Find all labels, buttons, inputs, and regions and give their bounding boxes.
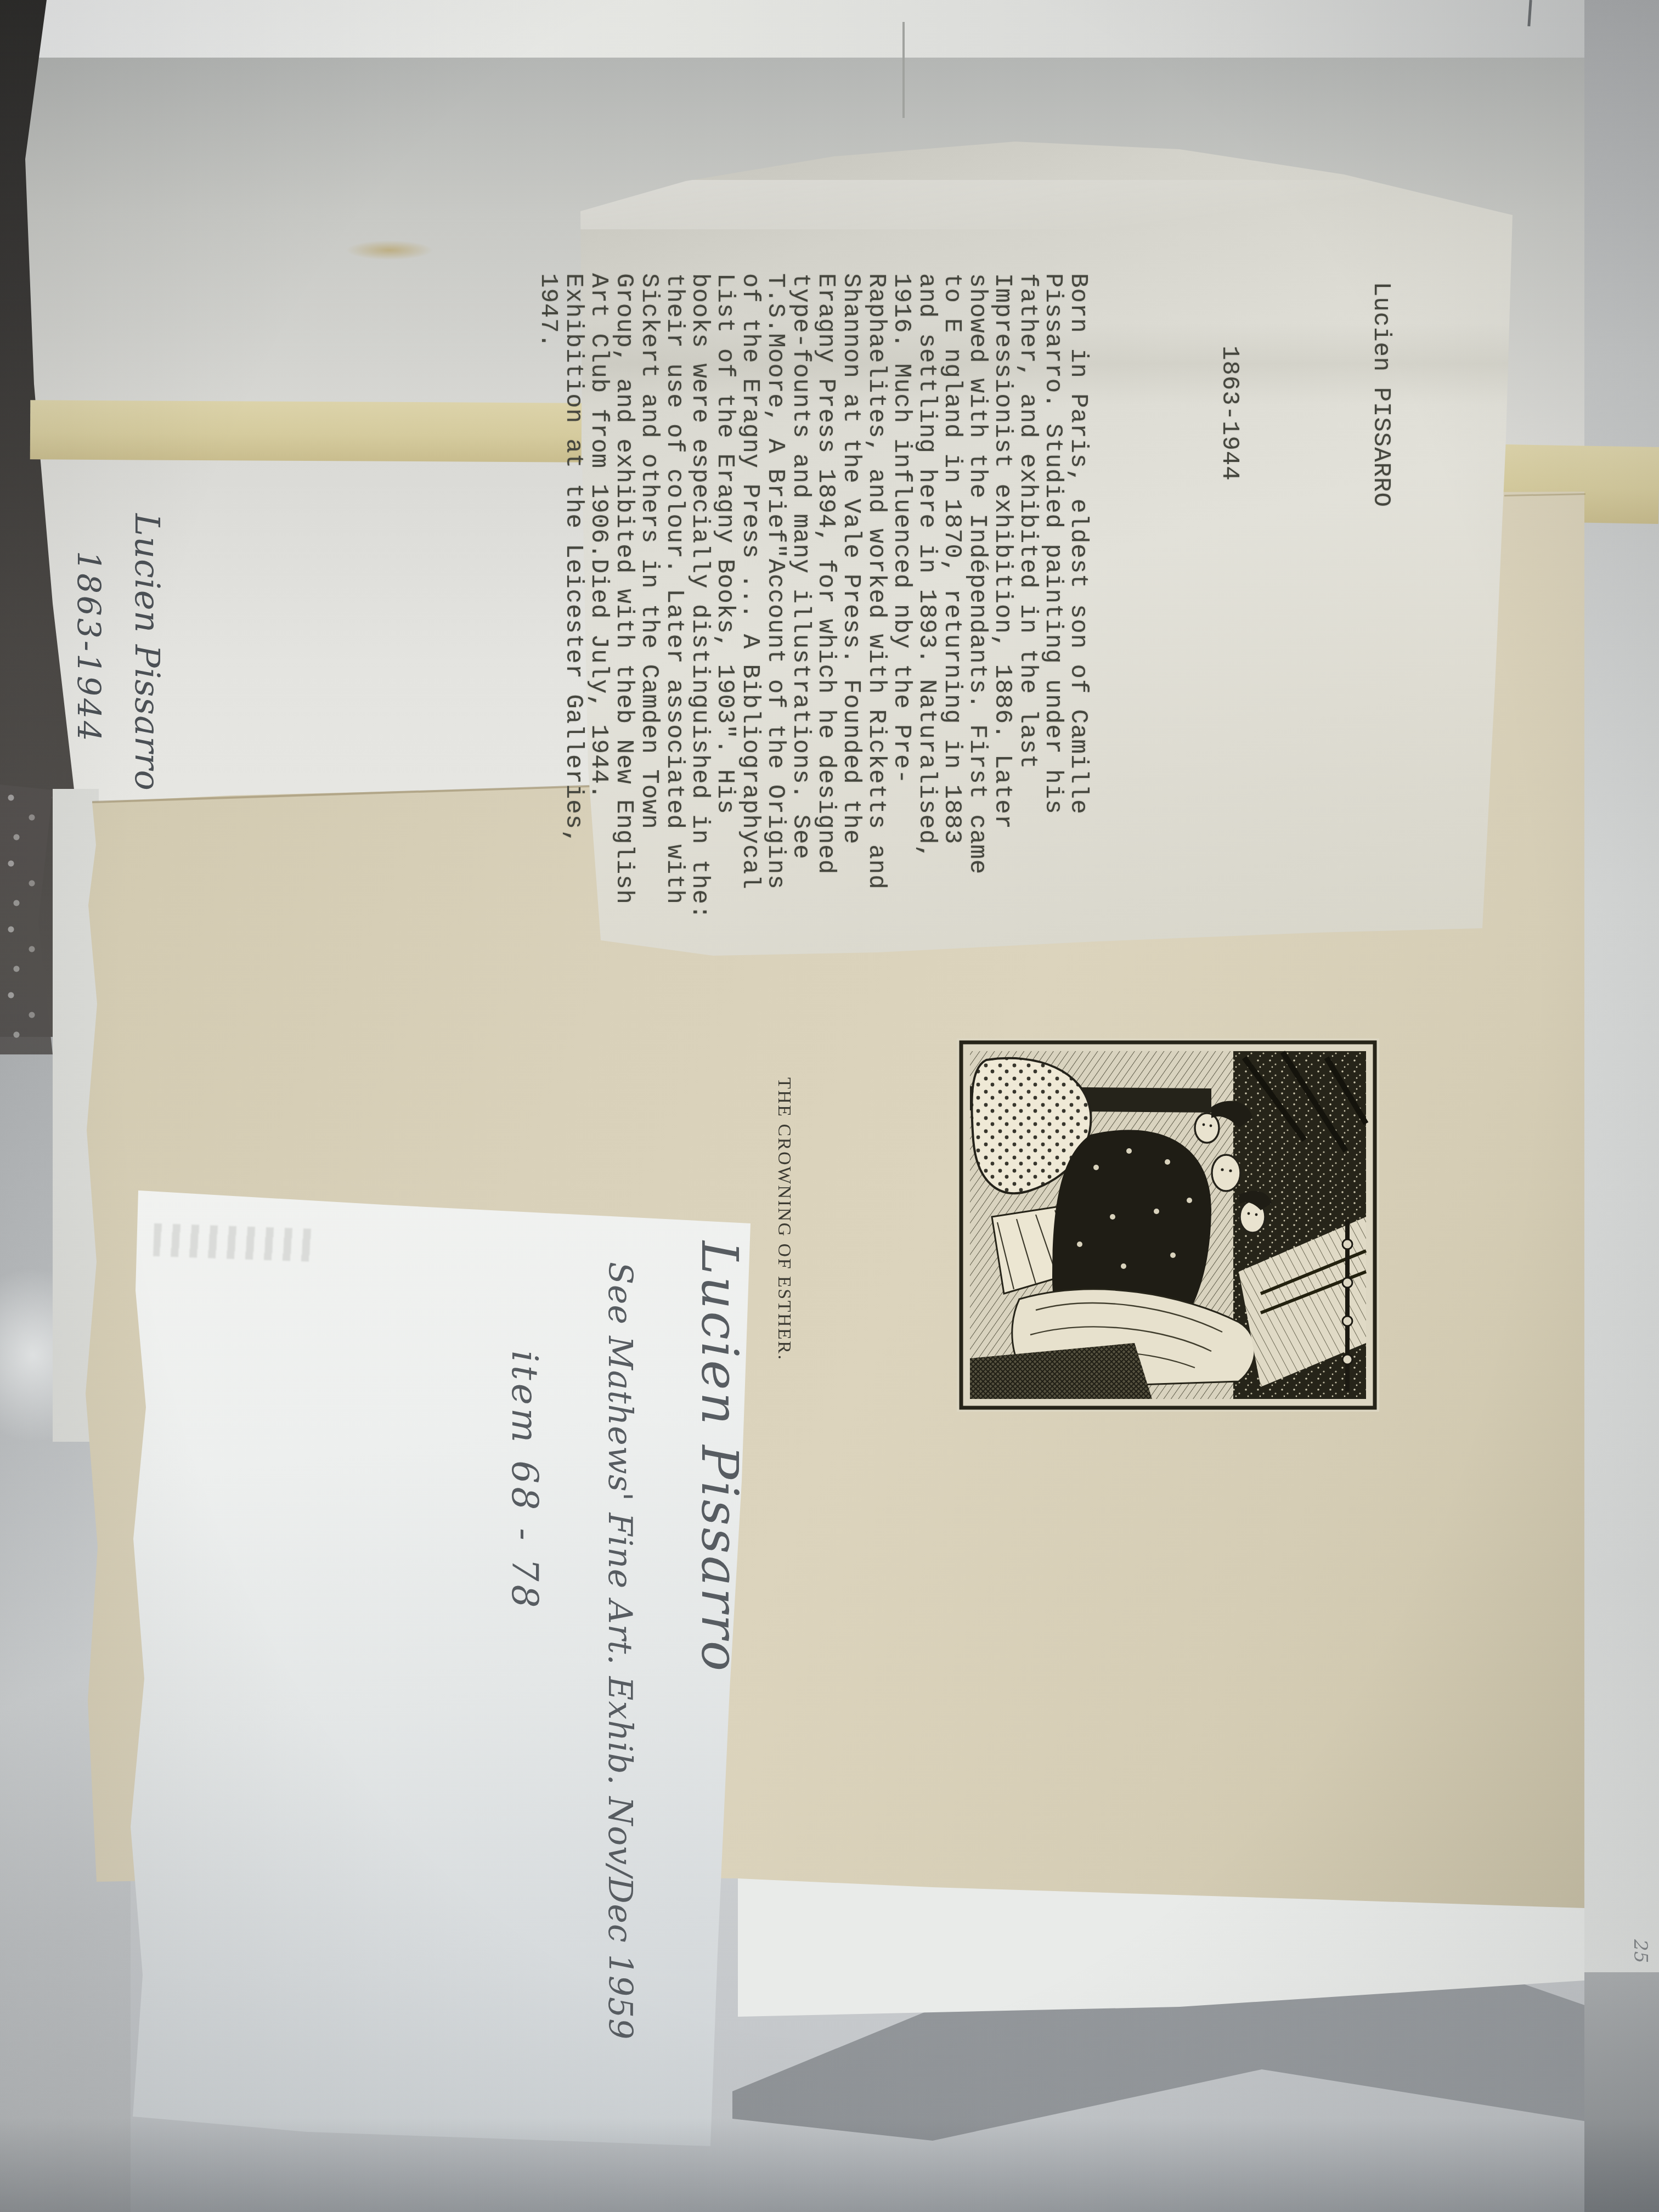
- typed-line: their use of colour. Later associated wi…: [662, 273, 687, 992]
- typed-line: books were especially distinguished in t…: [687, 273, 712, 992]
- typed-line: type-founts and many illustrations. See: [788, 273, 813, 992]
- typed-line: father, and exhibited in the last: [1015, 273, 1040, 992]
- note-line-name: Lucien Pissarro: [690, 1241, 749, 1673]
- typed-line: Sickert and others in the Camden Town: [636, 273, 662, 992]
- typed-line: Born in Paris, eldest son of Camille: [1065, 273, 1091, 992]
- pencil-page-number: 25: [1629, 1939, 1651, 1963]
- note-line-reference: See Mathews' Fine Art. Exhib. Nov/Dec 19…: [601, 1262, 639, 2040]
- typed-line: Exhibition at the Leicester Galleries,: [561, 273, 586, 992]
- bottom-right-shadow: [1584, 1972, 1659, 2212]
- typed-line: of the Eragny Press ... A Bibliographyca…: [737, 273, 763, 992]
- typed-line: Pissarro. Studied painting under his: [1040, 273, 1065, 992]
- typed-line: Eragny Press 1894, for which he designed: [813, 273, 838, 992]
- archive-photo: THE CROWNING OF ESTHER. Lucien PISSARRO …: [0, 0, 1659, 2212]
- margin-note-name: Lucien Pissarro: [127, 513, 167, 791]
- typed-line: to E ngland in 1870, returning in 1883: [939, 273, 964, 992]
- handwritten-note-sheet: [123, 1185, 760, 2159]
- typed-line: Impressionist exhibition, 1886. Later: [990, 273, 1015, 992]
- typed-dates: 1863-1944: [1217, 273, 1242, 992]
- typed-line: 1947.: [535, 273, 561, 992]
- woodcut-caption: THE CROWNING OF ESTHER.: [774, 1077, 794, 1361]
- tape-residue-smudge: [346, 240, 433, 260]
- typed-body: Born in Paris, eldest son of CamillePiss…: [535, 273, 1091, 992]
- typed-line: T.S.Moore, A Brief"Account of the Origin…: [763, 273, 788, 992]
- top-paper-edge: [0, 0, 1659, 65]
- typed-line: showed with the Indépendants. First came: [964, 273, 990, 992]
- right-paper-strip: [1584, 0, 1659, 1972]
- typed-line: and settling here in 1893. Naturalised,: [914, 273, 939, 992]
- paper-seam-line: [902, 22, 905, 118]
- typed-line: Shannon at the Vale Press. Founded the: [838, 273, 864, 992]
- typed-line: 1916. Much influenced nby the Pre-: [889, 273, 914, 992]
- typed-text-block: Lucien PISSARRO 1863-1944 Born in Paris,…: [485, 273, 1444, 992]
- typed-line: List of the Eragny Books, 1903". His: [712, 273, 737, 992]
- typed-title: Lucien PISSARRO: [1368, 273, 1393, 992]
- margin-note-dates: 1863-1944: [70, 551, 108, 743]
- crowning-of-esther-woodcut: [953, 1036, 1383, 1414]
- pencil-smudge: [153, 1223, 319, 1262]
- typed-line: Art Club from 1906.Died July, 1944.: [586, 273, 611, 992]
- typed-line: Group, and exhibited with theb New Engli…: [611, 273, 636, 992]
- typed-line: Raphaelites, and worked with Ricketts an…: [864, 273, 889, 992]
- note-line-items: item 68 - 78: [504, 1351, 546, 1611]
